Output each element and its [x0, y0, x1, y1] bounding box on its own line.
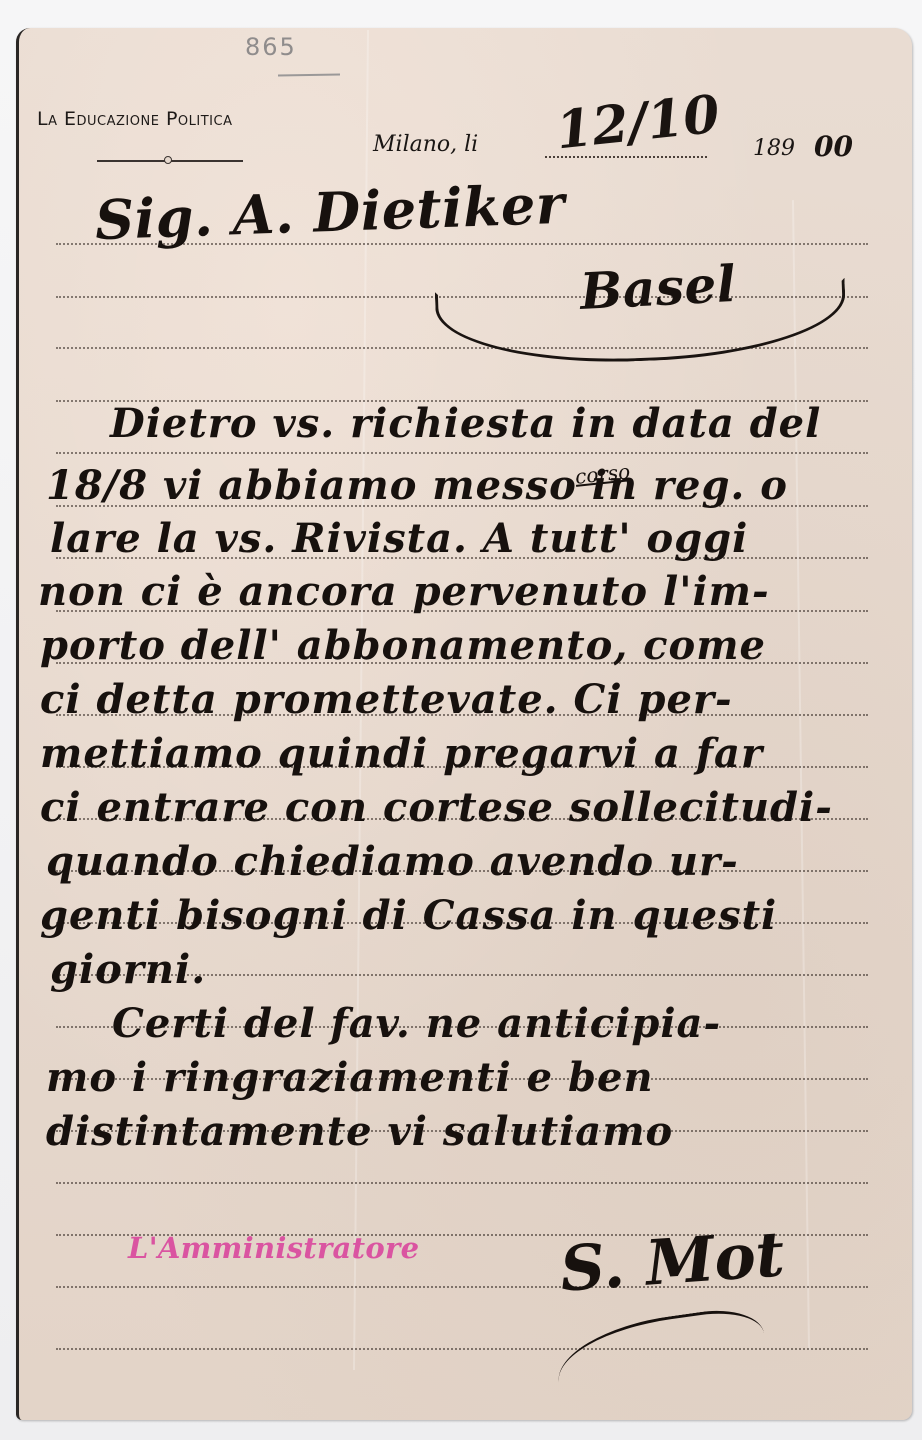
ruled-line — [56, 452, 868, 454]
body-line: 18/8 vi abbiamo messo in reg. o — [46, 462, 788, 509]
year-suffix: 00 — [814, 130, 853, 163]
body-line: quando chiediamo avendo ur- — [46, 838, 739, 885]
pencil-annotation: 865 — [245, 33, 297, 61]
year-prefix: 189 — [753, 136, 795, 161]
body-line: mo i ringraziamenti e ben — [46, 1054, 654, 1101]
body-line: ci detta promettevate. Ci per- — [40, 676, 733, 723]
body-line: giorni. — [50, 946, 206, 993]
signature: S. Mot — [558, 1217, 787, 1305]
administrator-stamp: L'Amministratore — [128, 1231, 419, 1265]
body-line: distintamente vi salutiamo — [46, 1108, 673, 1155]
body-line: lare la vs. Rivista. A tutt' oggi — [50, 515, 748, 562]
body-line: porto dell' abbonamento, come — [40, 622, 766, 669]
body-line: Dietro vs. richiesta in data del — [110, 400, 821, 447]
body-line: mettiamo quindi pregarvi a far — [40, 730, 763, 777]
ruled-line — [56, 1182, 868, 1184]
body-line: ci entrare con cortese sollecitudi- — [40, 784, 833, 831]
body-line: non ci è ancora pervenuto l'im- — [38, 568, 770, 615]
letterhead-divider-ornament — [164, 156, 172, 164]
body-line: genti bisogni di Cassa in questi — [40, 892, 777, 939]
letterhead-title: La Educazione Politica — [37, 108, 232, 130]
place-label: Milano, li — [373, 132, 478, 157]
body-line: Certi del fav. ne anticipia- — [112, 1000, 721, 1047]
